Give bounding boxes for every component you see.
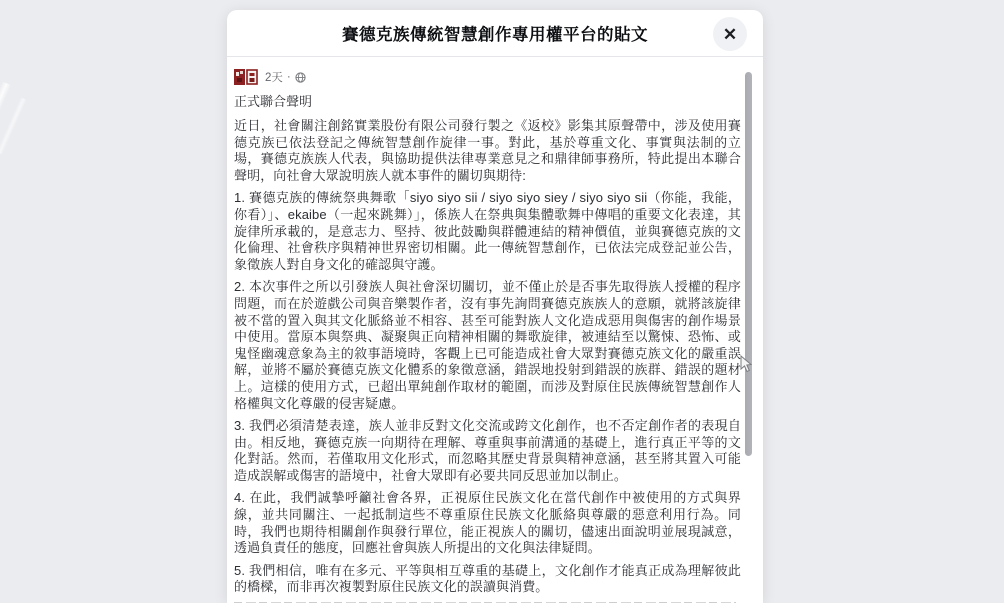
background-glare-streak bbox=[0, 81, 11, 156]
scrollbar-thumb[interactable] bbox=[745, 72, 752, 456]
post-paragraph: 4. 在此，我們誠摯呼籲社會各界，正視原住民族文化在當代創作中被使用的方式與界線… bbox=[234, 490, 741, 556]
post-paragraph: 3. 我們必須清楚表達，族人並非反對文化交流或跨文化創作，也不否定創作者的表現自… bbox=[234, 418, 741, 484]
globe-icon bbox=[295, 72, 306, 83]
close-icon: ✕ bbox=[723, 26, 737, 43]
post-paragraph: 2. 本次事件之所以引發族人與社會深切關切，並不僅止於是否事先取得族人授權的程序… bbox=[234, 279, 741, 412]
background-glare-streak bbox=[0, 97, 27, 155]
meta-separator: · bbox=[287, 71, 291, 83]
post-paragraph: 1. 賽德克族的傳統祭典舞歌「siyo siyo sii / siyo siyo… bbox=[234, 190, 741, 273]
post-paragraph: 5. 我們相信，唯有在多元、平等與相互尊重的基礎上，文化創作才能真正成為理解彼此… bbox=[234, 563, 741, 596]
dialog-header: 賽德克族傳統智慧創作專用權平台的貼文 ✕ bbox=[227, 10, 763, 57]
post-meta-text: 2天 · bbox=[265, 69, 306, 85]
post-content: 2天 · 正式聯合聲明 近日，社會關注創銘實業股份有限公司發行製之《返校》影集其… bbox=[227, 57, 763, 603]
page-avatar[interactable] bbox=[234, 68, 259, 86]
post-timestamp[interactable]: 2天 bbox=[265, 69, 283, 85]
post-paragraph: 近日，社會關注創銘實業股份有限公司發行製之《返校》影集其原聲帶中，涉及使用賽德克… bbox=[234, 118, 741, 184]
post-dialog: 賽德克族傳統智慧創作專用權平台的貼文 ✕ 2天 · bbox=[227, 10, 763, 603]
post-meta-row: 2天 · bbox=[234, 66, 741, 88]
post-heading: 正式聯合聲明 bbox=[234, 91, 741, 110]
post-body-text: 近日，社會關注創銘實業股份有限公司發行製之《返校》影集其原聲帶中，涉及使用賽德克… bbox=[234, 118, 741, 603]
dialog-title: 賽德克族傳統智慧創作專用權平台的貼文 bbox=[342, 21, 648, 45]
close-button[interactable]: ✕ bbox=[713, 17, 747, 51]
